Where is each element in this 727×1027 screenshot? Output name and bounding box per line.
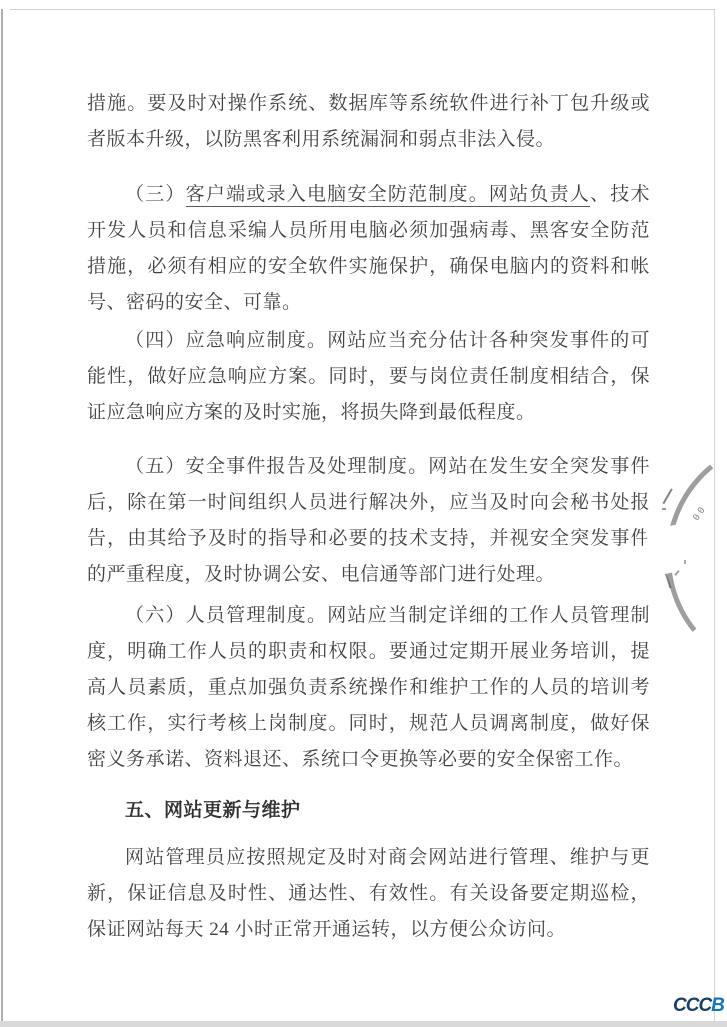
paragraph-update-maintenance: 网站管理员应按照规定及时对商会网站进行管理、维护与更新，保证信息及时性、通达性、… xyxy=(87,840,650,948)
seal-stamp: 00 xyxy=(640,430,727,675)
item-5-text: （五）安全事件报告及处理制度。网站在发生安全突发事件后，除在第一时间组织人员进行… xyxy=(87,456,650,585)
item-3-prefix: （三） xyxy=(125,184,186,205)
section-heading-5: 五、网站更新与维护 xyxy=(87,793,650,829)
paragraph-update-text: 网站管理员应按照规定及时对商会网站进行管理、维护与更新，保证信息及时性、通达性、… xyxy=(87,847,650,940)
item-6-text: （六）人员管理制度。网站应当制定详细的工作人员管理制度，明确工作人员的职责和权限… xyxy=(87,605,650,770)
scan-edge-top xyxy=(10,9,715,10)
paragraph-continuation: 措施。要及时对操作系统、数据库等系统软件进行补丁包升级或者版本升级，以防黑客利用… xyxy=(87,86,650,158)
item-4-text: （四）应急响应制度。网站应当充分估计各种突发事件的可能性，做好应急响应方案。同时… xyxy=(87,330,650,423)
seal-stamp-gap xyxy=(646,522,699,576)
section-heading-5-text: 五、网站更新与维护 xyxy=(125,800,301,821)
cccb-logo-light-part: B xyxy=(711,995,724,1016)
paragraph-item-4: （四）应急响应制度。网站应当充分估计各种突发事件的可能性，做好应急响应方案。同时… xyxy=(87,323,650,431)
paragraph-item-6: （六）人员管理制度。网站应当制定详细的工作人员管理制度，明确工作人员的职责和权限… xyxy=(87,598,650,778)
paragraph-item-3: （三）客户端或录入电脑安全防范制度。网站负责人、技术开发人员和信息采编人员所用电… xyxy=(87,177,650,321)
seal-stamp-mark-icon xyxy=(662,508,666,510)
paragraph-item-5: （五）安全事件报告及处理制度。网站在发生安全突发事件后，除在第一时间组织人员进行… xyxy=(87,449,650,593)
item-3-underlined-phrase: 客户端或录入电脑安全防范制度。网站负责人 xyxy=(186,184,590,207)
scan-edge-bottom xyxy=(0,1021,727,1027)
paragraph-continuation-text: 措施。要及时对操作系统、数据库等系统软件进行补丁包升级或者版本升级，以防黑客利用… xyxy=(87,93,650,150)
seal-stamp-mark-icon xyxy=(684,560,686,564)
cccb-logo-dark-part: CCC xyxy=(673,995,711,1016)
cccb-logo: CCCB xyxy=(673,995,724,1017)
scan-edge-left xyxy=(1,9,3,1021)
